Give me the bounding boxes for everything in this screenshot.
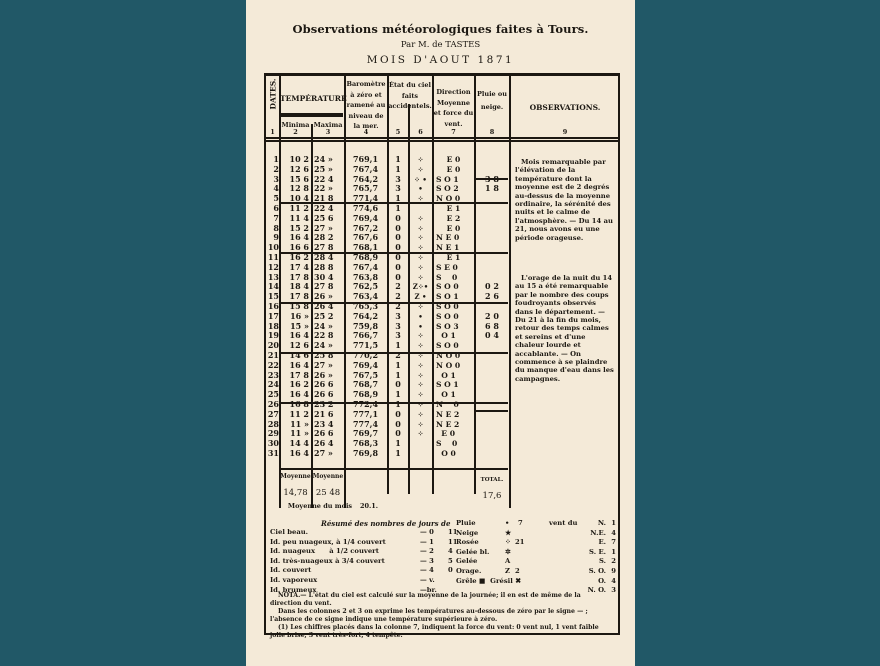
document-author: Par M. de TASTES (246, 40, 635, 50)
direction-vent-column: E 0 E 0 S O 1 S O 2 N O 0 E 1 E 2 E 0 N … (436, 155, 474, 459)
signs-note: Dans les colonnes 2 et 3 on exprime les … (270, 608, 614, 623)
dates-column: 1 2 3 4 5 6 7 8 9 10 11 12 13 14 15 16 1… (267, 155, 279, 459)
col-number: 6 (409, 128, 432, 136)
pluie-column: 3 8 1 8 0 2 2 6 2 0 6 8 0 4 (475, 155, 509, 449)
moyenne-mois-label: Moyenne du mois (280, 502, 360, 511)
header-observations: OBSERVATIONS. (510, 103, 620, 112)
col-number: 8 (475, 128, 509, 136)
weather-table: DATES. TEMPÉRATURE Minima Maxima Baromèt… (264, 73, 620, 635)
document-page: Observations météorologiques faites à To… (246, 0, 635, 666)
col-number: 2 (280, 128, 311, 136)
header-direction: Direction Moyenne et force du vent. (433, 87, 474, 129)
moyenne-mois-value: 20.1. (354, 502, 384, 511)
col-number: 1 (266, 128, 279, 136)
header-temperature: TEMPÉRATURE (280, 94, 344, 103)
total-label: TOTAL. (475, 476, 509, 485)
moyenne-maxima: 25 48 (312, 489, 344, 498)
wind-force-note: (1) Les chiffres placés dans la colonne … (270, 624, 614, 639)
header-barometre: Baromètre à zéro et ramené au niveau de … (345, 79, 387, 132)
hail-sleet-icons: Grêle ■ Grésil ✖ (456, 577, 521, 587)
col-number: 3 (312, 128, 344, 136)
col-number: 7 (433, 128, 474, 136)
observations-paragraph-2: L'orage de la nuit du 14 au 15 a été rem… (515, 274, 615, 383)
col-number: 9 (510, 128, 620, 136)
dew-dots-icon: ⁘ (505, 538, 511, 548)
rain-symbol-icon: • (505, 519, 509, 529)
moyenne-label-min: Moyenne (280, 472, 311, 481)
document-month: MOIS D'AOUT 1871 (246, 54, 635, 66)
faits-accidentels-column: ⁘ ⁘ ⁘ • • ⁘ ⁘ ⁘ ⁘ ⁘ ⁘ ⁘ ⁘ Z⁘• Z • ⁘ • • … (409, 155, 432, 449)
frost-icon: ✲ (505, 548, 511, 558)
header-dates: DATES. (269, 84, 278, 110)
header-pluie: Pluie ou neige. (475, 88, 509, 114)
col-number: 4 (345, 128, 387, 136)
header-etat-ciel: État du ciel faits accidentels. (388, 80, 432, 112)
barometre-column: 769,1 767,4 764,2 765,7 771,4 774,6 769,… (346, 155, 385, 459)
col-number: 5 (388, 128, 408, 136)
document-title: Observations météorologiques faites à To… (246, 22, 635, 36)
moyenne-minima: 14,78 (280, 489, 311, 498)
total-pluie: 17,6 (475, 492, 509, 501)
moyenne-label-max: Moyenne (312, 472, 344, 481)
observations-paragraph-1: Mois remarquable par l'élévation de la t… (515, 158, 615, 242)
maxima-column: 24 » 25 » 22 4 22 » 21 8 22 4 25 6 27 » … (314, 155, 342, 459)
snow-star-icon: ★ (505, 529, 511, 539)
nota-text: NOTA.— L'état du ciel est calculé sur la… (270, 592, 614, 607)
storm-z-icon: Z (505, 567, 510, 577)
minima-column: 10 2 12 6 15 6 12 8 10 4 11 2 11 4 15 2 … (282, 155, 309, 459)
ice-icon: A (505, 557, 510, 567)
etat-ciel-column: 1 1 3 3 1 1 0 0 0 0 0 0 0 2 2 2 3 3 3 1 … (388, 155, 408, 459)
resume-winds-list: N.1 N.E.4 E.7 S. E.1 S.2 S. O.9 O.4 N. O… (566, 519, 616, 596)
